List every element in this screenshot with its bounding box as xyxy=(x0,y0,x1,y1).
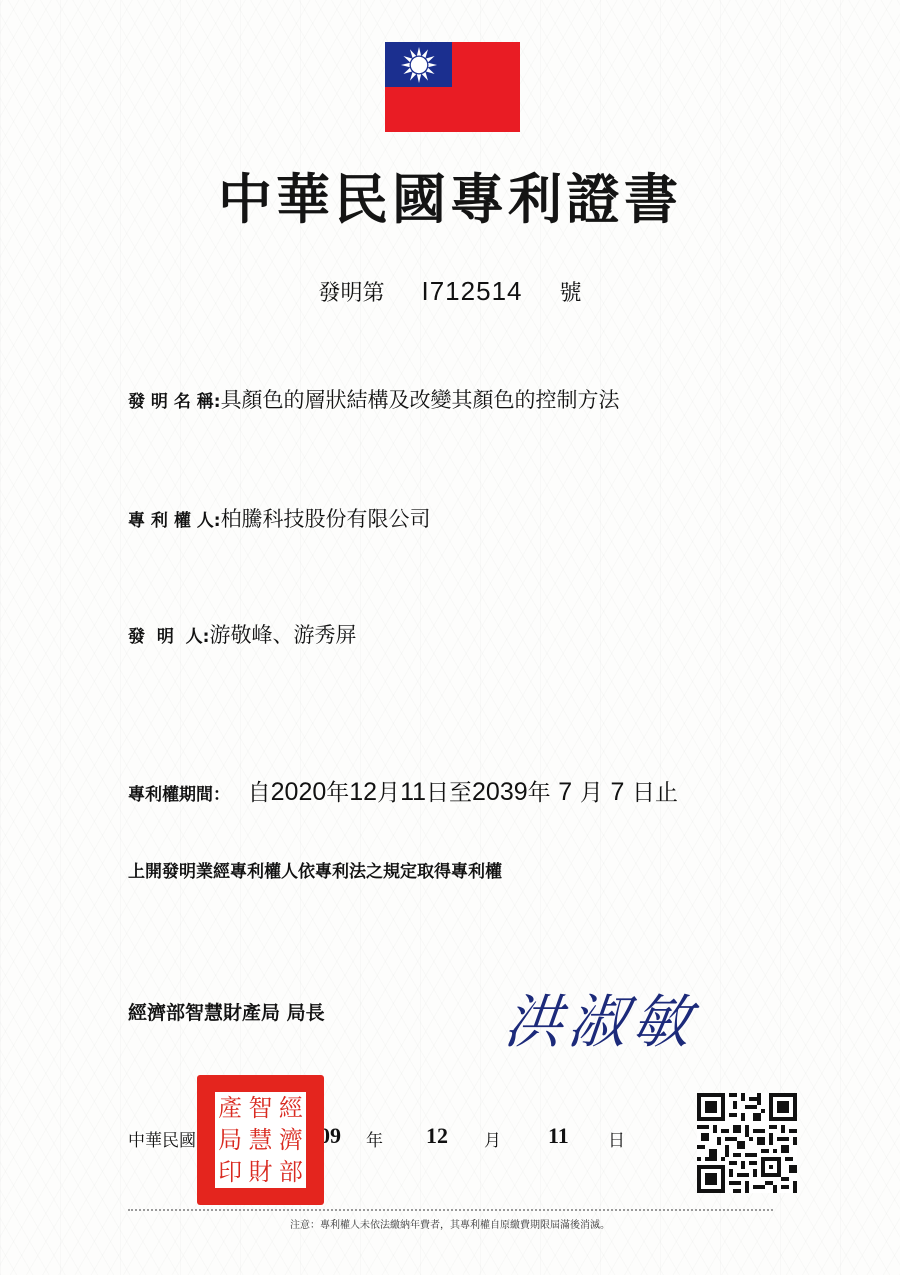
term-to-year: 2039 xyxy=(472,778,528,806)
term-to-day: 7 xyxy=(610,778,624,806)
issue-date-year-char: 年 xyxy=(366,1126,383,1151)
issue-date-day-char: 日 xyxy=(608,1126,625,1151)
seal-char: 濟 xyxy=(276,1128,306,1152)
term-year-char: 年 xyxy=(326,780,349,806)
inventor-row: 發 明 人:游敬峰、游秀屏 xyxy=(128,619,356,649)
certificate-title: 中華民國專利證書 xyxy=(0,157,900,234)
inventor-value: 游敬峰、游秀屏 xyxy=(209,623,356,647)
issuing-office: 經濟部智慧財產局 局長 xyxy=(128,998,325,1025)
patent-term-row: 專利權期間： 自2020年12月11日至2039年 7 月 7 日止 xyxy=(128,774,678,807)
term-month-char: 月 xyxy=(377,780,400,806)
patentee-value: 柏騰科技股份有限公司 xyxy=(221,507,431,531)
issue-date-day: 11 xyxy=(548,1123,569,1149)
director-signature: 洪淑敏 xyxy=(501,975,702,1059)
roc-flag xyxy=(385,42,520,132)
annuity-notice: 注意：專利權人未依法繳納年費者，其專利權自原繳費期限屆滿後消滅。 xyxy=(0,1216,900,1231)
term-from-day: 11 xyxy=(400,778,426,806)
issue-date-era: 中華民國 xyxy=(128,1126,196,1151)
term-to-year-char: 年 xyxy=(528,780,551,806)
patent-number-prefix: 發明第 xyxy=(318,276,384,307)
invention-title-row: 發 明 名 稱:具顏色的層狀結構及改變其顏色的控制方法 xyxy=(128,384,620,414)
patentee-row: 專 利 權 人:柏騰科技股份有限公司 xyxy=(128,503,431,533)
seal-char: 智 xyxy=(245,1096,275,1120)
term-day-char: 日 xyxy=(426,780,449,806)
seal-char: 局 xyxy=(215,1128,245,1152)
term-to-month-char: 月 xyxy=(580,780,603,806)
term-from-month: 12 xyxy=(349,778,377,806)
inventor-label: 發 明 人: xyxy=(128,622,209,647)
white-sun-icon xyxy=(400,46,438,84)
patent-number-suffix: 號 xyxy=(559,276,581,307)
seal-characters: 產 智 經 局 慧 濟 印 財 部 xyxy=(215,1092,306,1188)
grant-statement: 上開發明業經專利權人依專利法之規定取得專利權 xyxy=(128,857,502,882)
patent-number-line: 發明第 I712514 號 xyxy=(0,276,900,307)
term-from-year: 2020 xyxy=(271,778,327,806)
seal-char: 部 xyxy=(276,1160,306,1184)
qr-code xyxy=(697,1093,797,1193)
issue-date-month: 12 xyxy=(426,1123,448,1149)
seal-char: 印 xyxy=(215,1160,245,1184)
official-seal: 產 智 經 局 慧 濟 印 財 部 xyxy=(197,1075,324,1205)
seal-char: 產 xyxy=(215,1096,245,1120)
seal-char: 慧 xyxy=(245,1128,275,1152)
patent-term-label: 專利權期間： xyxy=(128,785,230,805)
term-to-prefix: 至 xyxy=(449,780,472,806)
term-from-prefix: 自 xyxy=(248,780,271,806)
invention-title-value: 具顏色的層狀結構及改變其顏色的控制方法 xyxy=(221,388,620,412)
issue-date-month-char: 月 xyxy=(484,1126,501,1151)
patent-number: I712514 xyxy=(422,276,523,307)
term-to-month: 7 xyxy=(558,778,572,806)
footer-divider xyxy=(128,1209,773,1211)
seal-char: 經 xyxy=(276,1096,306,1120)
patentee-label: 專 利 權 人: xyxy=(128,506,221,531)
invention-title-label: 發 明 名 稱: xyxy=(128,387,221,412)
term-end-suffix: 日止 xyxy=(632,780,678,806)
qr-code-icon xyxy=(697,1093,797,1193)
seal-char: 財 xyxy=(245,1160,275,1184)
